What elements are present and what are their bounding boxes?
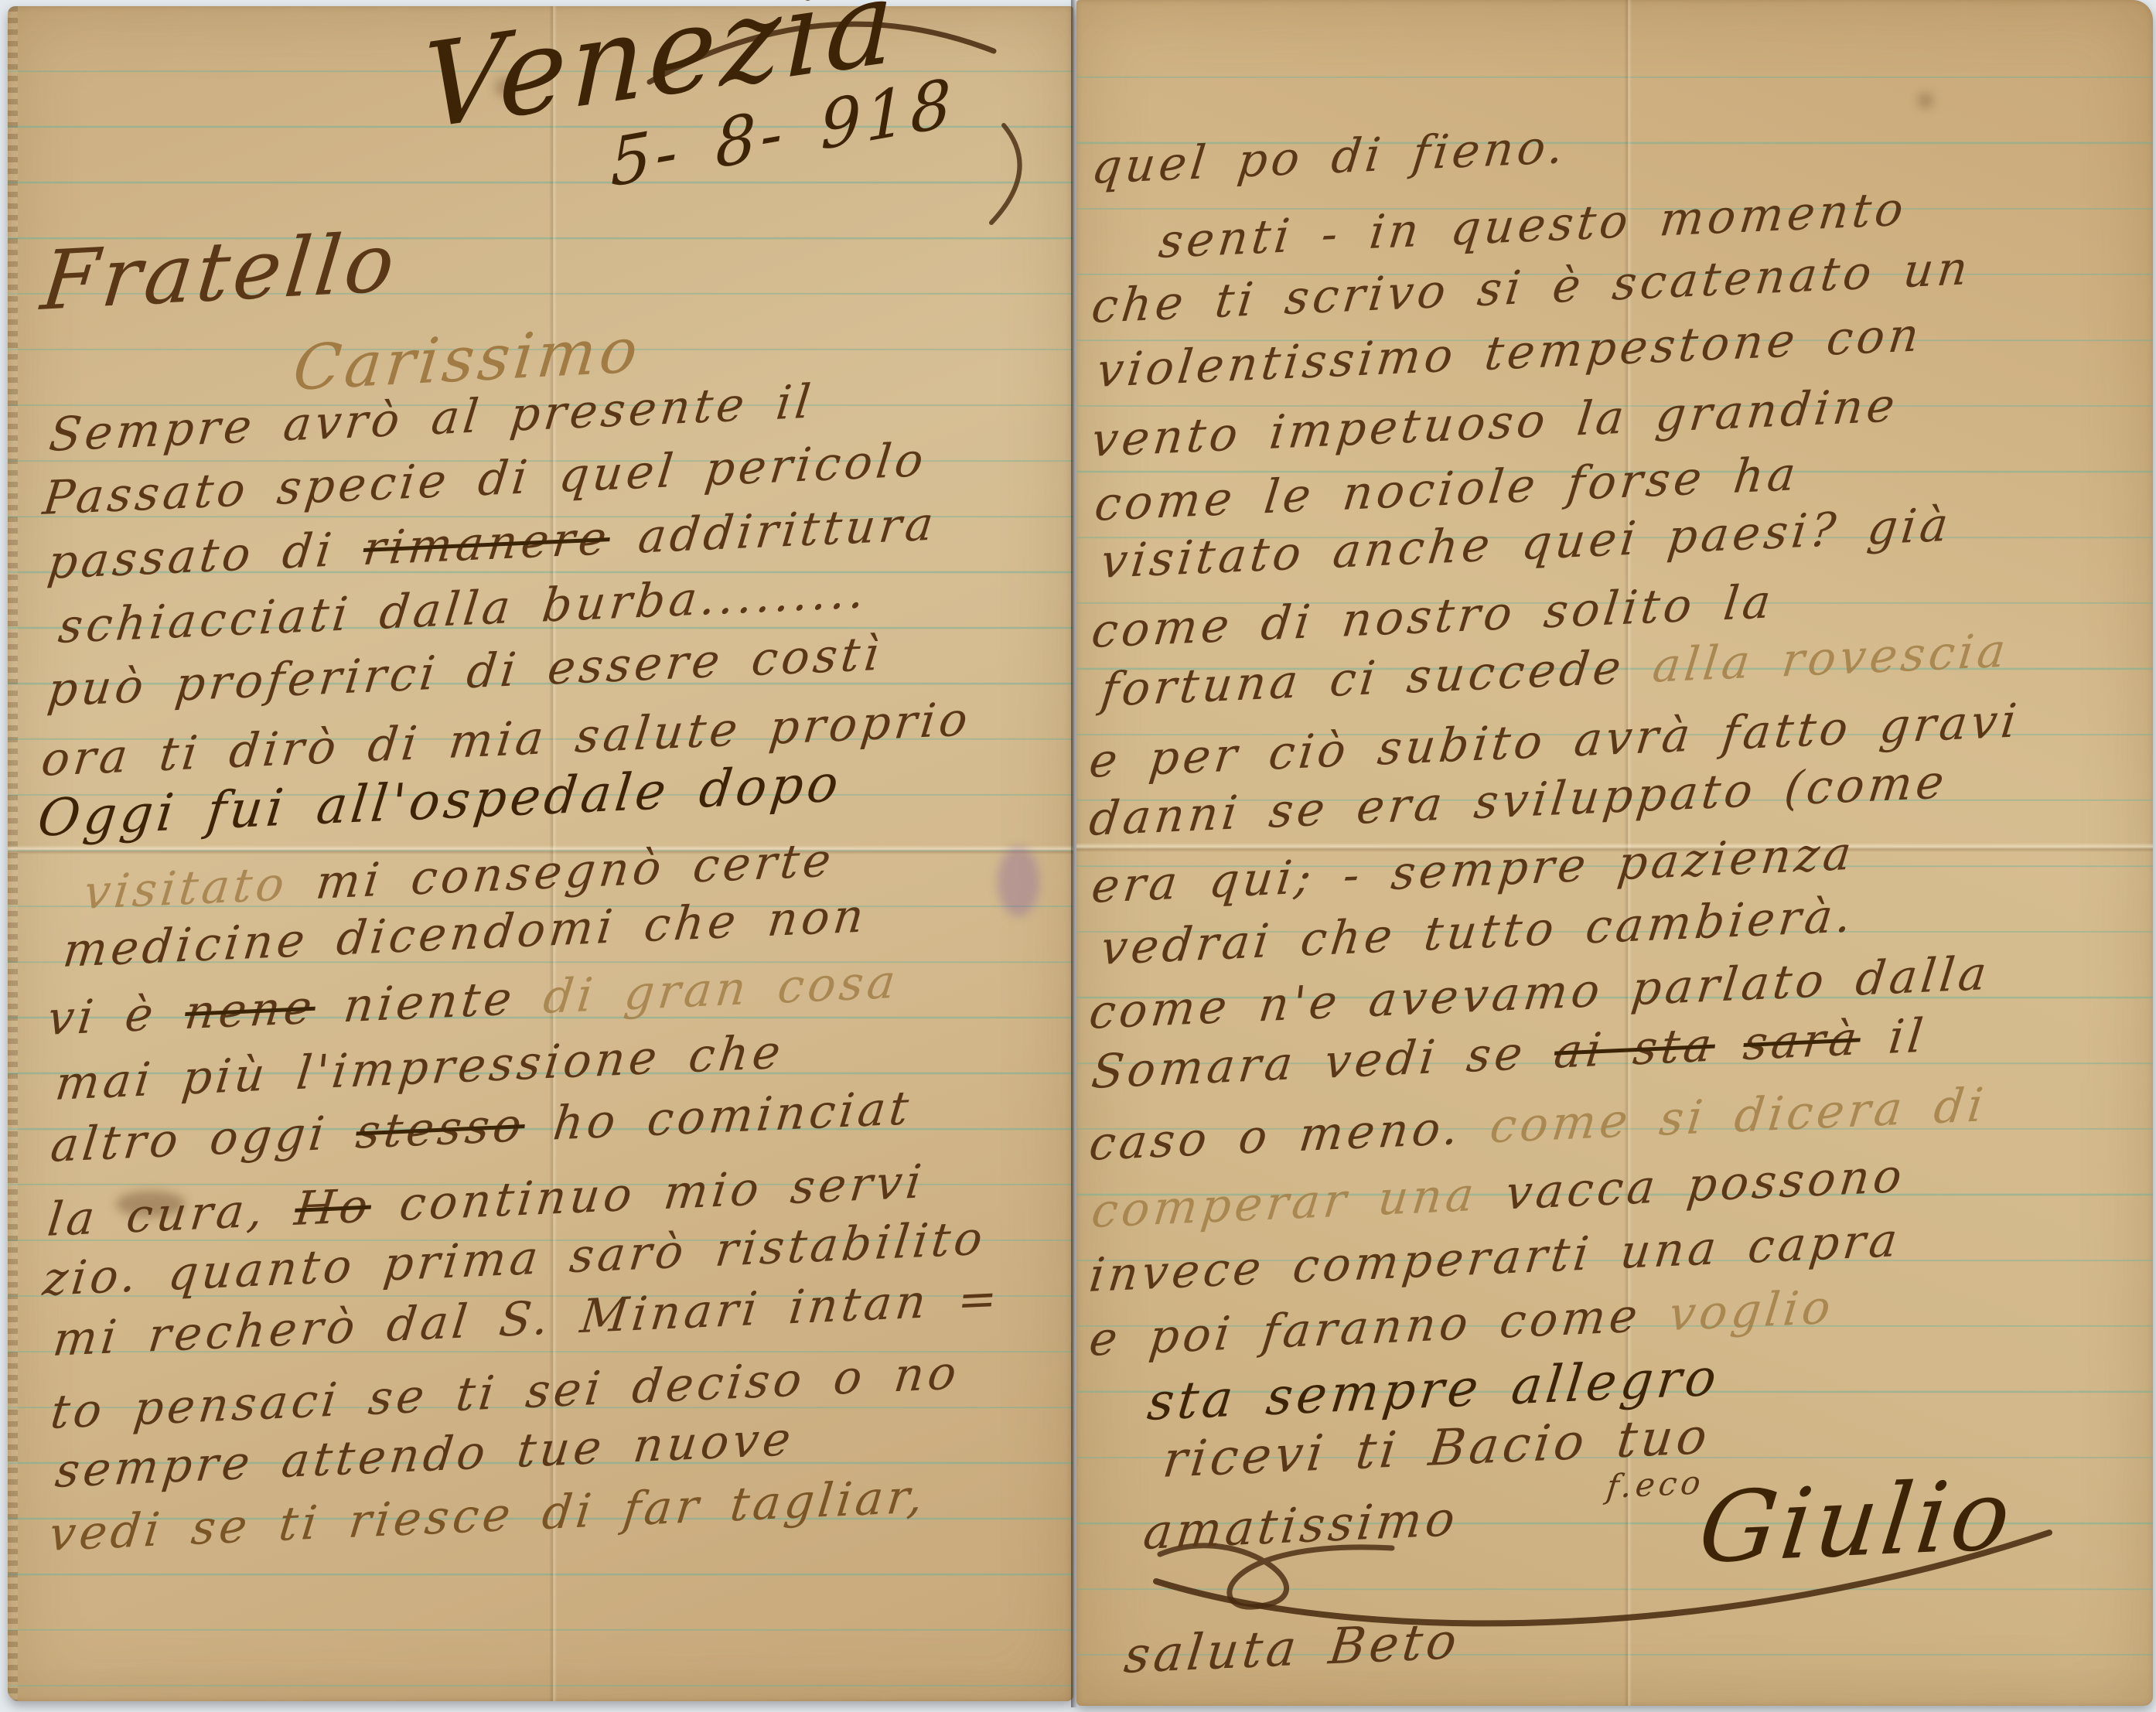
word-run: f.eco bbox=[1605, 1463, 1707, 1506]
word-run: la cura, bbox=[45, 1182, 298, 1247]
page-seam bbox=[1071, 0, 1077, 1707]
torn-edge-left bbox=[8, 6, 18, 1701]
struck-word: Ho bbox=[292, 1178, 374, 1236]
word-run: vi è bbox=[45, 986, 189, 1046]
struck-word: stesso bbox=[353, 1098, 528, 1160]
word-run: niente bbox=[312, 970, 547, 1035]
struck-word: nene bbox=[183, 980, 319, 1040]
faded-word: voglio bbox=[1666, 1281, 1837, 1342]
letter-scan: Venezia5- 8- 918FratelloCarissimoSempre … bbox=[0, 0, 2156, 1712]
signature-abbreviation: f.eco bbox=[1605, 1463, 1707, 1506]
struck-word: rimanere bbox=[360, 511, 613, 576]
faded-word: visitato bbox=[81, 857, 291, 920]
signature-name: Giulio bbox=[1694, 1458, 2020, 1585]
struck-word: ai sta bbox=[1551, 1018, 1718, 1079]
word-run: Giulio bbox=[1694, 1458, 2020, 1585]
word-run: il bbox=[1858, 1008, 1929, 1066]
salutation-line-1: Fratello bbox=[37, 215, 403, 329]
word-run: Fratello bbox=[37, 215, 403, 329]
struck-word: sarà bbox=[1741, 1011, 1864, 1071]
